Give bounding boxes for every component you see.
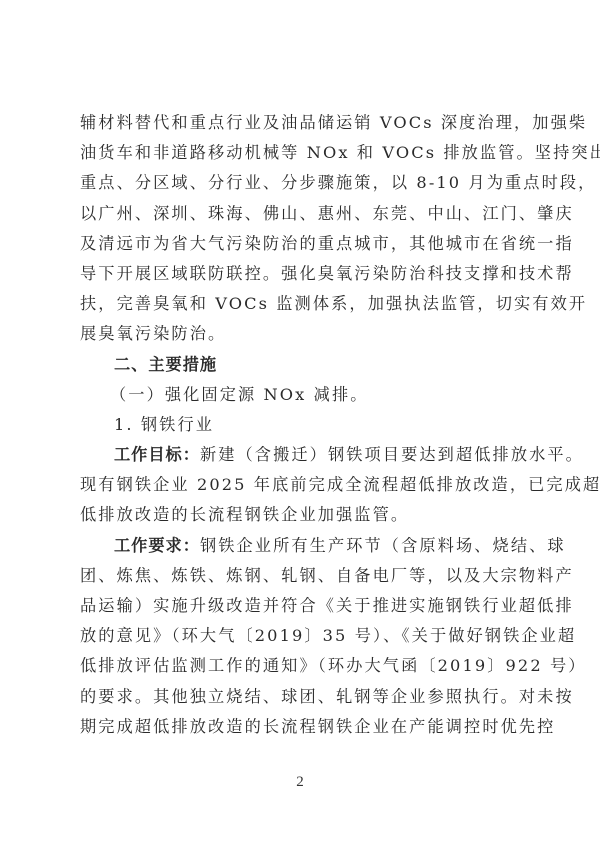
text-line: 以广州、深圳、珠海、佛山、惠州、东莞、中山、江门、肇庆 bbox=[80, 199, 520, 229]
text-line: 放的意见》（环大气〔2019〕35 号）、《关于做好钢铁企业超 bbox=[80, 621, 520, 651]
text-line: 重点、分区域、分行业、分步骤施策，以 8-10 月为重点时段， bbox=[80, 168, 520, 198]
text-line: 低排放改造的长流程钢铁企业加强监管。 bbox=[80, 500, 520, 530]
text-line: 油货车和非道路移动机械等 NOx 和 VOCs 排放监管。坚持突出 bbox=[80, 138, 520, 168]
intro-paragraph: 辅材料替代和重点行业及油品储运销 VOCs 深度治理，加强柴 油货车和非道路移动… bbox=[80, 108, 520, 350]
page-number: 2 bbox=[0, 774, 600, 791]
text-line: 期完成超低排放改造的长流程钢铁企业在产能调控时优先控 bbox=[80, 712, 520, 742]
subsection-heading: （一）强化固定源 NOx 减排。 bbox=[80, 380, 520, 410]
text-line: 展臭氧污染防治。 bbox=[80, 319, 520, 349]
work-requirement-paragraph: 工作要求：钢铁企业所有生产环节（含原料场、烧结、球 团、炼焦、炼铁、炼钢、轧钢、… bbox=[80, 531, 520, 742]
text-line: 及清远市为省大气污染防治的重点城市，其他城市在省统一指 bbox=[80, 229, 520, 259]
work-requirement-text: 钢铁企业所有生产环节（含原料场、烧结、球 bbox=[200, 536, 566, 555]
text-line: 扶，完善臭氧和 VOCs 监测体系，加强执法监管，切实有效开 bbox=[80, 289, 520, 319]
text-line: 团、炼焦、炼铁、炼钢、轧钢、自备电厂等，以及大宗物料产 bbox=[80, 561, 520, 591]
work-goal-paragraph: 工作目标：新建（含搬迁）钢铁项目要达到超低排放水平。 现有钢铁企业 2025 年… bbox=[80, 440, 520, 531]
work-requirement-label: 工作要求： bbox=[114, 536, 200, 555]
work-goal-text: 新建（含搬迁）钢铁项目要达到超低排放水平。 bbox=[200, 445, 584, 464]
text-line: 品运输）实施升级改造并符合《关于推进实施钢铁行业超低排 bbox=[80, 591, 520, 621]
work-requirement-first-line: 工作要求：钢铁企业所有生产环节（含原料场、烧结、球 bbox=[80, 531, 520, 561]
item-heading: 1. 钢铁行业 bbox=[80, 410, 520, 440]
text-line: 低排放评估监测工作的通知》（环办大气函〔2019〕922 号） bbox=[80, 651, 520, 681]
document-body: 辅材料替代和重点行业及油品储运销 VOCs 深度治理，加强柴 油货车和非道路移动… bbox=[80, 108, 520, 742]
document-page: 辅材料替代和重点行业及油品储运销 VOCs 深度治理，加强柴 油货车和非道路移动… bbox=[0, 0, 600, 848]
work-goal-first-line: 工作目标：新建（含搬迁）钢铁项目要达到超低排放水平。 bbox=[80, 440, 520, 470]
text-line: 现有钢铁企业 2025 年底前完成全流程超低排放改造，已完成超 bbox=[80, 470, 520, 500]
text-line: 辅材料替代和重点行业及油品储运销 VOCs 深度治理，加强柴 bbox=[80, 108, 520, 138]
work-goal-label: 工作目标： bbox=[114, 445, 200, 464]
text-line: 的要求。其他独立烧结、球团、轧钢等企业参照执行。对未按 bbox=[80, 682, 520, 712]
section-heading: 二、主要措施 bbox=[80, 350, 520, 380]
text-line: 导下开展区域联防联控。强化臭氧污染防治科技支撑和技术帮 bbox=[80, 259, 520, 289]
